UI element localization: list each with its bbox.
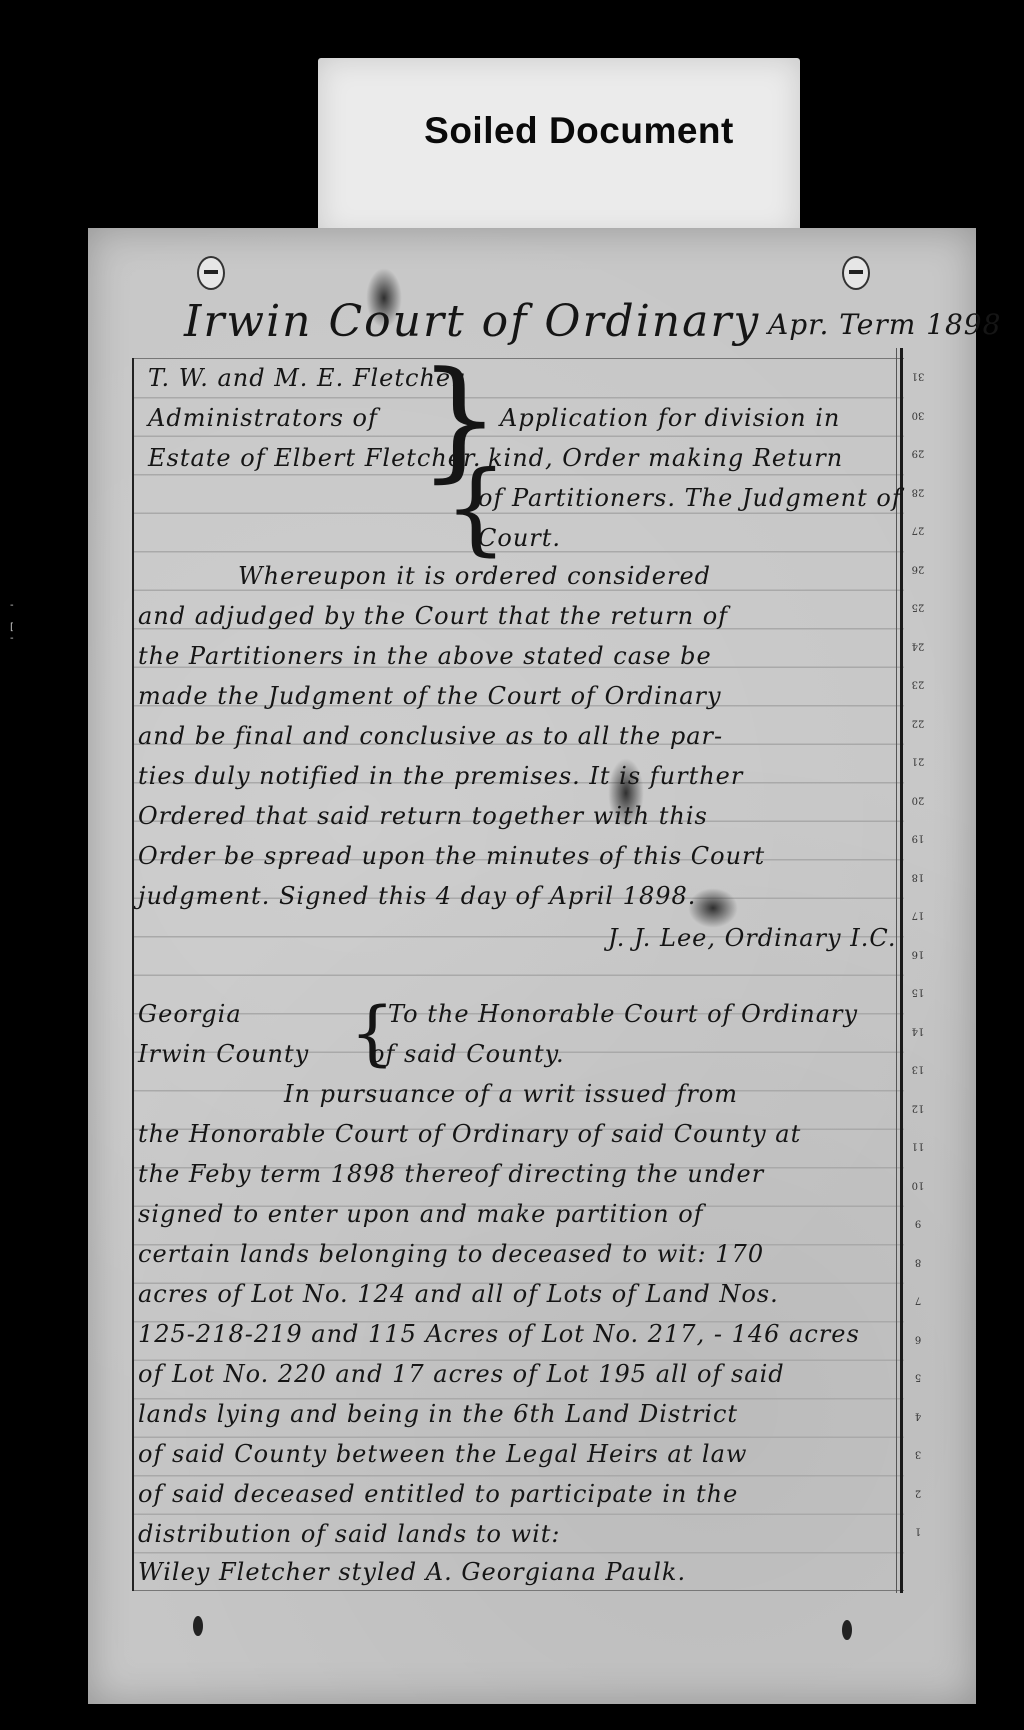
return-line: 125-218-219 and 115 Acres of Lot No. 217… xyxy=(138,1320,860,1348)
return-line: the Feby term 1898 thereof directing the… xyxy=(138,1160,764,1188)
return-line: lands lying and being in the 6th Land Di… xyxy=(138,1400,738,1428)
order-line: Whereupon it is ordered considered xyxy=(238,562,711,590)
bottom-rule xyxy=(132,1590,904,1591)
margin-line-numbers: 3130 2928 2726 2524 2322 2120 1918 1716 … xyxy=(908,356,928,1550)
binder-hole-icon xyxy=(193,1616,203,1636)
order-line: Ordered that said return together with t… xyxy=(138,802,708,830)
return-line: certain lands belonging to deceased to w… xyxy=(138,1240,764,1268)
order-line: the Partitioners in the above stated cas… xyxy=(138,642,712,670)
return-line: of Lot No. 220 and 17 acres of Lot 195 a… xyxy=(138,1360,785,1388)
caption-matter-line: Application for division in xyxy=(500,404,840,432)
binder-hole-icon xyxy=(197,256,225,290)
order-line: ties duly notified in the premises. It i… xyxy=(138,762,743,790)
return-line: signed to enter upon and make partition … xyxy=(138,1200,704,1228)
order-line: Order be spread upon the minutes of this… xyxy=(138,842,765,870)
left-margin-rule xyxy=(132,358,134,1591)
document-title-date: Apr. Term 1898 xyxy=(768,308,1001,341)
address-right-line: of said County. xyxy=(370,1040,565,1068)
address-right-line: To the Honorable Court of Ordinary xyxy=(388,1000,858,1028)
order-line: and be final and conclusive as to all th… xyxy=(138,722,723,750)
right-margin-rule xyxy=(900,348,903,1593)
signature: J. J. Lee, Ordinary I.C. xyxy=(608,924,897,952)
caption-party-line: Administrators of xyxy=(148,404,378,432)
document-sheet: 3130 2928 2726 2524 2322 2120 1918 1716 … xyxy=(88,228,976,1704)
return-line: acres of Lot No. 124 and all of Lots of … xyxy=(138,1280,779,1308)
film-edge-marks: ‐[‐ xyxy=(10,600,14,644)
binder-hole-icon xyxy=(842,256,870,290)
return-line: the Honorable Court of Ordinary of said … xyxy=(138,1120,801,1148)
binder-hole-icon xyxy=(842,1620,852,1640)
caption-party-line: T. W. and M. E. Fletcher xyxy=(148,364,464,392)
return-line: distribution of said lands to wit: xyxy=(138,1520,561,1548)
order-line: made the Judgment of the Court of Ordina… xyxy=(138,682,722,710)
return-line: of said deceased entitled to participate… xyxy=(138,1480,738,1508)
soiled-document-label: Soiled Document xyxy=(318,58,800,238)
return-line: of said County between the Legal Heirs a… xyxy=(138,1440,747,1468)
top-rule xyxy=(132,358,904,359)
address-left-line: Georgia xyxy=(138,1000,242,1028)
caption-matter-line: Court. xyxy=(478,524,561,552)
address-left-line: Irwin County xyxy=(138,1040,309,1068)
order-line: judgment. Signed this 4 day of April 189… xyxy=(138,882,696,910)
order-line: and adjudged by the Court that the retur… xyxy=(138,602,728,630)
document-title: Irwin Court of Ordinary xyxy=(184,296,760,347)
caption-matter-line: kind, Order making Return xyxy=(488,444,843,472)
label-text: Soiled Document xyxy=(318,110,800,152)
right-margin-rule-thin xyxy=(896,348,897,1593)
caption-matter-line: of Partitioners. The Judgment of xyxy=(478,484,902,512)
return-line: Wiley Fletcher styled A. Georgiana Paulk… xyxy=(138,1558,686,1586)
return-line: In pursuance of a writ issued from xyxy=(284,1080,738,1108)
